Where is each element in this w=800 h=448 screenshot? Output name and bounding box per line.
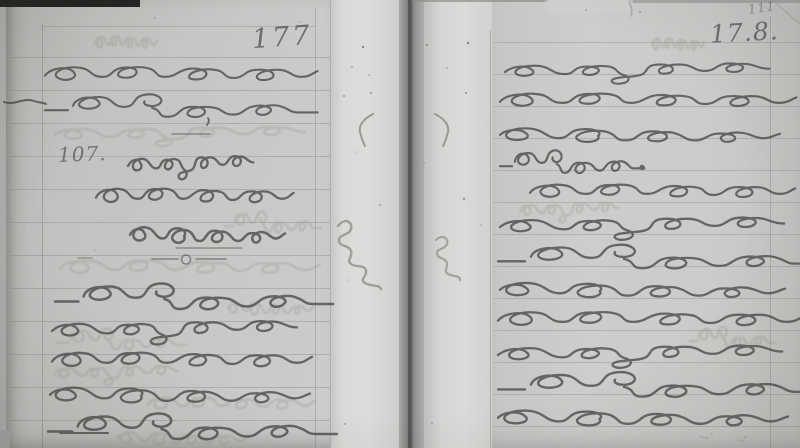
- right-page-handwriting: [498, 63, 800, 425]
- manuscript-scan: 177 107. 17.8. 111: [0, 0, 800, 448]
- handwriting-layer: [0, 0, 800, 448]
- left-page-handwriting: [4, 67, 337, 439]
